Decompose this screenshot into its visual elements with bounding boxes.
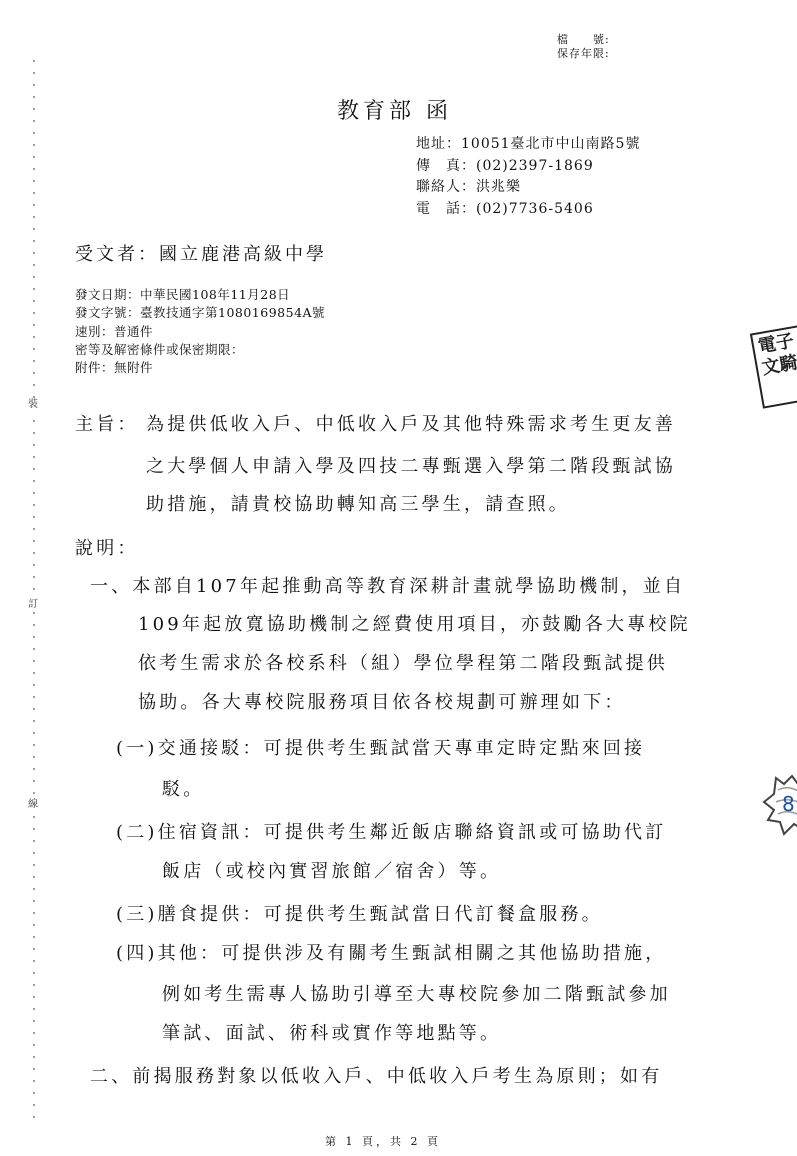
urgency: 速別：普通件 bbox=[75, 323, 153, 341]
sender-address: 地址：10051臺北市中山南路5號 bbox=[416, 134, 640, 156]
item1-line: 109年起放寬協助機制之經費使用項目，亦鼓勵各大專校院 bbox=[138, 610, 691, 636]
binding-label-ding: 訂 bbox=[28, 598, 38, 612]
subject-line: 為提供低收入戶、中低收入戶及其他特殊需求考生更友善 bbox=[146, 410, 676, 436]
subitem-other-cont: 例如考生需專人協助引導至大專校院參加二階甄試參加 bbox=[162, 980, 671, 1006]
binding-dotted-line bbox=[33, 55, 35, 1127]
explanation-label: 說明： bbox=[75, 534, 139, 560]
item1-line: 協助。各大專校院服務項目依各校規劃可辦理如下： bbox=[138, 688, 626, 714]
subitem-lodging-cont: 飯店（或校內實習旅館／宿舍）等。 bbox=[162, 857, 501, 883]
subitem-transport-cont: 駁。 bbox=[162, 775, 204, 801]
document-number: 發文字號：臺教技通字第1080169854A號 bbox=[75, 304, 325, 322]
document-title: 教育部 函 bbox=[337, 94, 452, 125]
page-indicator: 第 1 頁，共 2 頁 bbox=[325, 1133, 441, 1149]
sender-phone: 電 話：(02)7736-5406 bbox=[416, 199, 594, 221]
binding-label-zhuang: 裝 bbox=[28, 398, 38, 412]
issue-date: 發文日期：中華民國108年11月28日 bbox=[75, 286, 290, 304]
subject-label: 主旨： bbox=[75, 410, 139, 436]
subject-line: 之大學個人申請入學及四技二專甄選入學第二階段甄試協 bbox=[146, 452, 676, 478]
recipient: 受文者：國立鹿港高級中學 bbox=[75, 240, 327, 266]
subitem-other: (四)其他：可提供涉及有關考生甄試相關之其他協助措施， bbox=[116, 939, 666, 965]
sender-contact-person: 聯絡人：洪兆樂 bbox=[416, 177, 521, 199]
subject-line: 助措施，請貴校協助轉知高三學生，請查照。 bbox=[146, 490, 570, 516]
archive-file-no: 檔 號: bbox=[557, 33, 610, 47]
page-seal-stamp: 8 bbox=[762, 772, 797, 838]
item2-line: 二、前揭服務對象以低收入戶、中低收入戶考生為原則；如有 bbox=[90, 1062, 662, 1088]
stamp-text: 電子文騎 bbox=[756, 330, 797, 380]
attachments: 附件：無附件 bbox=[75, 359, 153, 377]
sender-fax: 傳 真：(02)2397-1869 bbox=[416, 156, 594, 178]
subitem-transport: (一)交通接駁：可提供考生甄試當天專車定時定點來回接 bbox=[116, 734, 645, 760]
archive-retention: 保存年限: bbox=[557, 47, 610, 61]
binding-label-xian: 線 bbox=[28, 798, 38, 812]
item1-line: 依考生需求於各校系科（組）學位學程第二階段甄試提供 bbox=[138, 649, 668, 675]
electronic-document-stamp: 電子文騎 bbox=[750, 323, 797, 408]
subitem-meals: (三)膳食提供：可提供考生甄試當日代訂餐盒服務。 bbox=[116, 900, 603, 926]
subitem-lodging: (二)住宿資訊：可提供考生鄰近飯店聯絡資訊或可協助代訂 bbox=[116, 818, 666, 844]
item1-line: 一、本部自107年起推動高等教育深耕計畫就學協助機制，並自 bbox=[90, 572, 685, 598]
seal-number: 8 bbox=[782, 792, 795, 816]
subitem-other-cont: 筆試、面試、術科或實作等地點等。 bbox=[162, 1019, 501, 1045]
confidentiality: 密等及解密條件或保密期限： bbox=[75, 341, 244, 359]
